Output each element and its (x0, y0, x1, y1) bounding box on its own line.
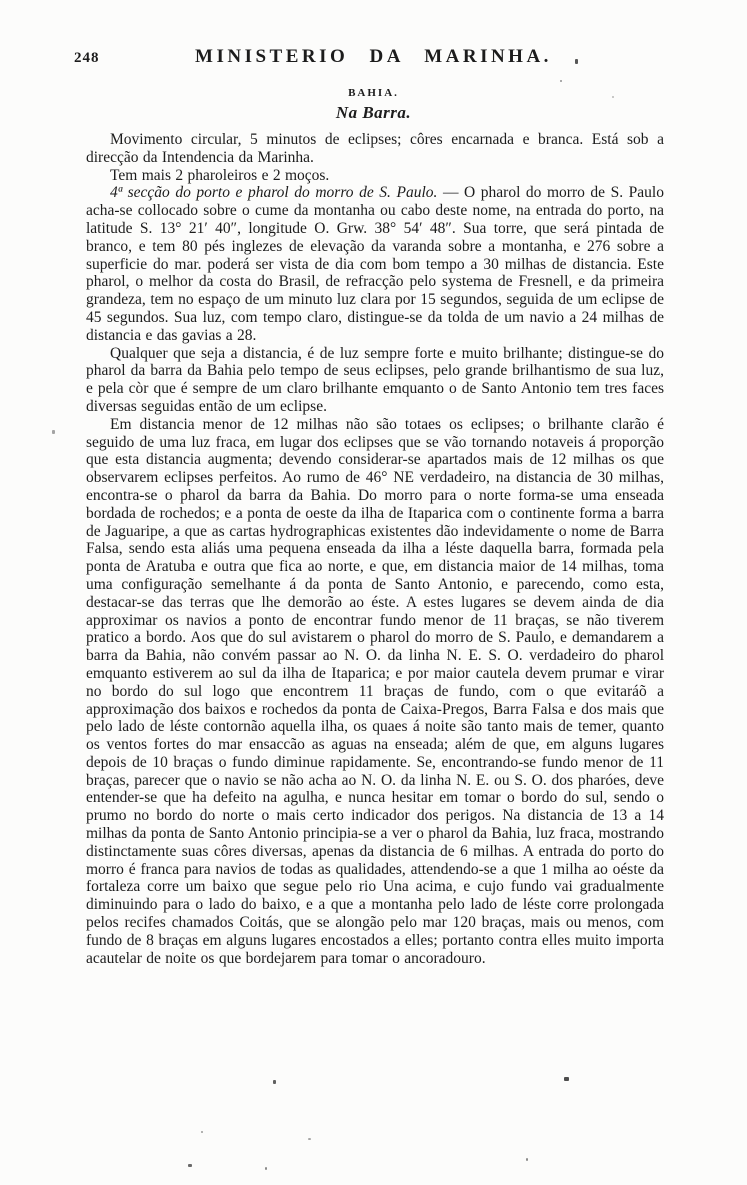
section4-text: — O pharol do morro de S. Paulo acha-se … (86, 184, 664, 343)
running-title: MINISTERIO DA MARINHA. (0, 46, 747, 68)
scan-speck (52, 430, 55, 434)
scan-speck (612, 96, 614, 98)
scan-speck (201, 1131, 203, 1133)
section-heading: BAHIA. (0, 87, 747, 99)
subsection-heading: Na Barra. (0, 103, 747, 123)
paragraph-light-movement: Movimento circular, 5 minutos de eclipse… (86, 131, 664, 167)
scan-speck (575, 59, 578, 64)
paragraph-light-character: Qualquer que seja a distancia, é de luz … (86, 345, 664, 416)
scan-speck (308, 1138, 311, 1140)
section4-lead-italic: 4ª secção do porto e pharol do morro de … (110, 184, 437, 201)
paragraph-section4-pharol: 4ª secção do porto e pharol do morro de … (86, 184, 664, 344)
document-page: 248 MINISTERIO DA MARINHA. BAHIA. Na Bar… (0, 0, 747, 1185)
scan-speck (564, 1077, 569, 1081)
paragraph-keepers: Tem mais 2 pharoleiros e 2 moços. (86, 167, 664, 185)
scan-speck (273, 1080, 276, 1084)
body-text-block: Movimento circular, 5 minutos de eclipse… (86, 131, 664, 967)
paragraph-navigation-directions: Em distancia menor de 12 milhas não são … (86, 416, 664, 968)
scan-speck (526, 1158, 528, 1161)
scan-speck (265, 1167, 267, 1170)
scan-speck (560, 80, 562, 82)
scan-speck (188, 1164, 192, 1167)
